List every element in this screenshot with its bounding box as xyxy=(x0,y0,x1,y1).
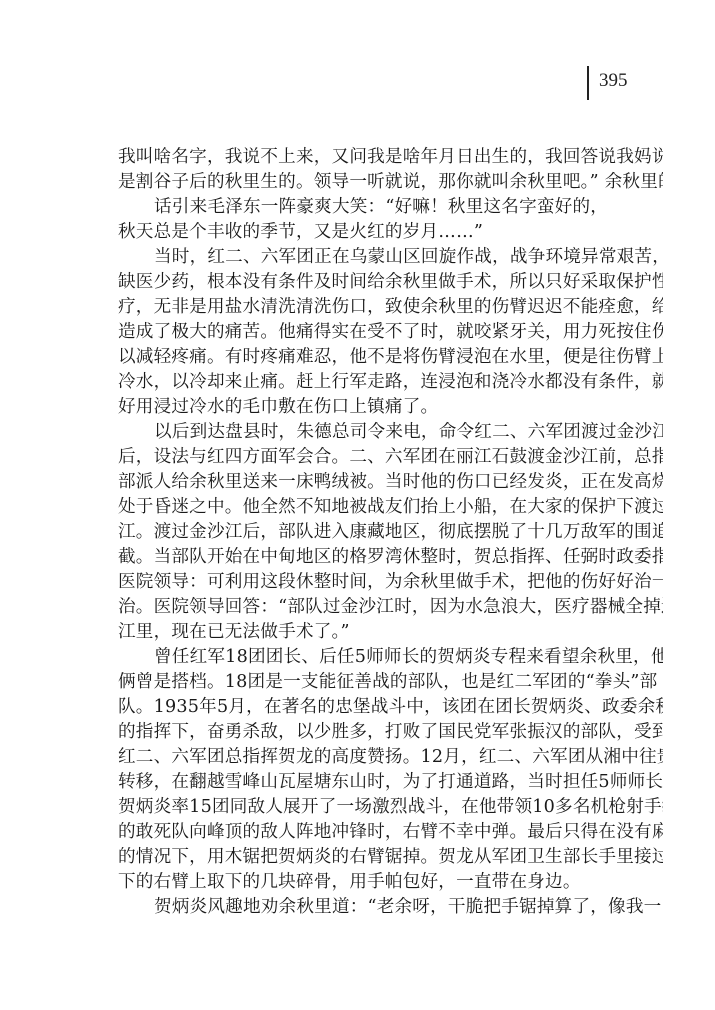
text-line: 秋天总是个丰收的季节，又是火红的岁月……” xyxy=(118,220,663,245)
text-line: 医院领导：可利用这段休整时间，为余秋里做手术，把他的伤好好治一 xyxy=(118,570,663,595)
text-line: 缺医少药，根本没有条件及时间给余秋里做手术，所以只好采取保护性治 xyxy=(118,270,663,295)
text-line: 的敢死队向峰顶的敌人阵地冲锋时，右臂不幸中弹。最后只得在没有麻药 xyxy=(118,820,663,845)
text-line: 的情况下，用木锯把贺炳炎的右臂锯掉。贺龙从军团卫生部长手里接过锯 xyxy=(118,845,663,870)
text-line: 我叫啥名字，我说不上来，又问我是啥年月日出生的，我回答说我妈说我 xyxy=(118,145,663,170)
text-line: 红二、六军团总指挥贺龙的高度赞扬。12月，红二、六军团从湘中往贵州 xyxy=(118,745,663,770)
text-line: 冷水，以冷却来止痛。赶上行军走路，连浸泡和浇冷水都没有条件，就只 xyxy=(118,370,663,395)
header-rule xyxy=(587,66,589,100)
text-line: 贺炳炎风趣地劝余秋里道：“老余呀，干脆把手锯掉算了，像我一 xyxy=(118,895,663,920)
body-text: 我叫啥名字，我说不上来，又问我是啥年月日出生的，我回答说我妈说我是割谷子后的秋里… xyxy=(118,145,663,920)
text-line: 是割谷子后的秋里生的。领导一听就说，那你就叫余秋里吧。” 余秋里的 xyxy=(118,170,663,195)
text-line: 转移，在翻越雪峰山瓦屋塘东山时，为了打通道路，当时担任5师师长的 xyxy=(118,770,663,795)
text-line: 的指挥下，奋勇杀敌，以少胜多，打败了国民党军张振汉的部队，受到了 xyxy=(118,720,663,745)
text-line: 江里，现在已无法做手术了。” xyxy=(118,620,663,645)
text-line: 下的右臂上取下的几块碎骨，用手帕包好，一直带在身边。 xyxy=(118,870,663,895)
text-line: 当时，红二、六军团正在乌蒙山区回旋作战，战争环境异常艰苦， xyxy=(118,245,663,270)
text-line: 江。渡过金沙江后，部队进入康藏地区，彻底摆脱了十几万敌军的围追堵 xyxy=(118,520,663,545)
text-line: 以减轻疼痛。有时疼痛难忍，他不是将伤臂浸泡在水里，便是往伤臂上浇 xyxy=(118,345,663,370)
text-line: 治。医院领导回答：“部队过金沙江时，因为水急浪大，医疗器械全掉进 xyxy=(118,595,663,620)
text-line: 疗，无非是用盐水清洗清洗伤口，致使余秋里的伤臂迟迟不能痊愈，给他 xyxy=(118,295,663,320)
text-line: 截。当部队开始在中甸地区的格罗湾休整时，贺总指挥、任弼时政委指示 xyxy=(118,545,663,570)
text-line: 队。1935年5月，在著名的忠堡战斗中，该团在团长贺炳炎、政委余秋里 xyxy=(118,695,663,720)
text-line: 曾任红军18团团长、后任5师师长的贺炳炎专程来看望余秋里，他们 xyxy=(118,645,663,670)
text-line: 好用浸过冷水的毛巾敷在伤口上镇痛了。 xyxy=(118,395,663,420)
text-line: 俩曾是搭档。18团是一支能征善战的部队，也是红二军团的“拳头”部 xyxy=(118,670,663,695)
text-line: 以后到达盘县时，朱德总司令来电，命令红二、六军团渡过金沙江 xyxy=(118,420,663,445)
page-number: 395 xyxy=(599,70,628,92)
text-line: 部派人给余秋里送来一床鸭绒被。当时他的伤口已经发炎，正在发高烧， xyxy=(118,470,663,495)
text-line: 造成了极大的痛苦。他痛得实在受不了时，就咬紧牙关，用力死按住伤口 xyxy=(118,320,663,345)
text-line: 后，设法与红四方面军会合。二、六军团在丽江石鼓渡金沙江前，总指挥 xyxy=(118,445,663,470)
text-line: 处于昏迷之中。他全然不知地被战友们抬上小船，在大家的保护下渡过了 xyxy=(118,495,663,520)
text-line: 话引来毛泽东一阵豪爽大笑：“好嘛！秋里这名字蛮好的， xyxy=(118,195,663,220)
text-line: 贺炳炎率15团同敌人展开了一场激烈战斗，在他带领10多名机枪射手组成 xyxy=(118,795,663,820)
